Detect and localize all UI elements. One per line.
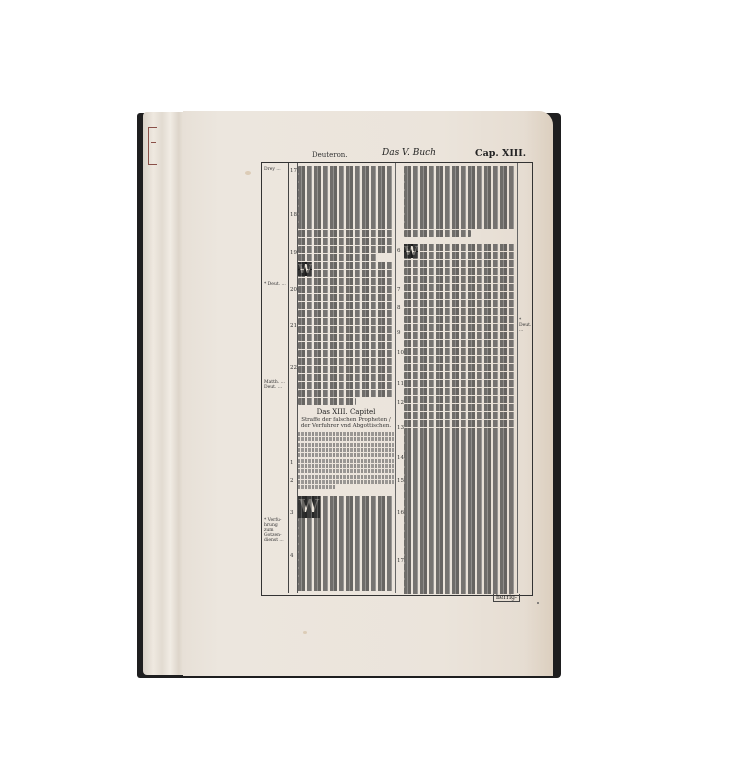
catchword: herrig-: [493, 594, 520, 602]
verse-number: 12: [397, 400, 404, 406]
verse-number: 10: [397, 350, 404, 356]
verse-number: 8: [397, 305, 401, 311]
verse-number: 17: [290, 168, 297, 174]
chapter-heading: Das XIII. Capitel: [298, 408, 394, 416]
running-head-left: Deuteron.: [312, 151, 348, 159]
verse-number: 1: [290, 460, 294, 466]
column-divider: [395, 163, 396, 593]
left-text-column: W Das XIII. Capitel Straffe der falschen…: [298, 166, 394, 591]
verse-number-column: [289, 163, 298, 593]
verse-number: 11: [397, 381, 404, 387]
running-head: Deuteron. Das V. Buch Cap. XIII.: [262, 148, 532, 162]
verse-number: 17: [397, 558, 404, 564]
margin-note: * Deut. ...: [264, 282, 288, 287]
verse-number: 20: [290, 287, 297, 293]
verse-number: 9: [397, 330, 401, 336]
right-text-column: W: [404, 166, 516, 594]
verse-number: 16: [397, 510, 404, 516]
paper-stain: [303, 631, 307, 634]
margin-note: * Deut. ...: [519, 318, 533, 333]
chapter-summary: Straffe der falschen Propheten / der Ver…: [298, 417, 394, 429]
verse-number: 6: [397, 248, 401, 254]
verse-number: 18: [290, 212, 297, 218]
running-head-chapter: Cap. XIII.: [475, 148, 526, 159]
verse-number: 13: [397, 425, 404, 431]
paper-speck: [537, 602, 539, 604]
margin-note: * Verfu-hrung zum Gotzen-dienst ...: [264, 518, 288, 543]
verse-number: 7: [397, 287, 401, 293]
verse-number: 19: [290, 250, 297, 256]
open-book-photo: Deuteron. Das V. Buch Cap. XIII. Drey ..…: [0, 0, 755, 780]
verse-number: 2: [290, 478, 294, 484]
paper-stain: [245, 171, 251, 175]
margin-note: Drey ...: [264, 167, 288, 172]
running-head-center: Das V. Buch: [382, 148, 436, 158]
right-margin-rule: [517, 163, 518, 593]
endpaper-bracket-mark: [148, 127, 157, 165]
verse-number: 22: [290, 365, 297, 371]
left-page-stack: [143, 112, 185, 675]
verse-number: 4: [290, 553, 294, 559]
verse-number: 21: [290, 323, 297, 329]
verse-number: 14: [397, 455, 404, 461]
verse-number: 3: [290, 510, 294, 516]
verse-number: 15: [397, 478, 404, 484]
margin-note: Matth. ... Deut. ...: [264, 380, 288, 390]
